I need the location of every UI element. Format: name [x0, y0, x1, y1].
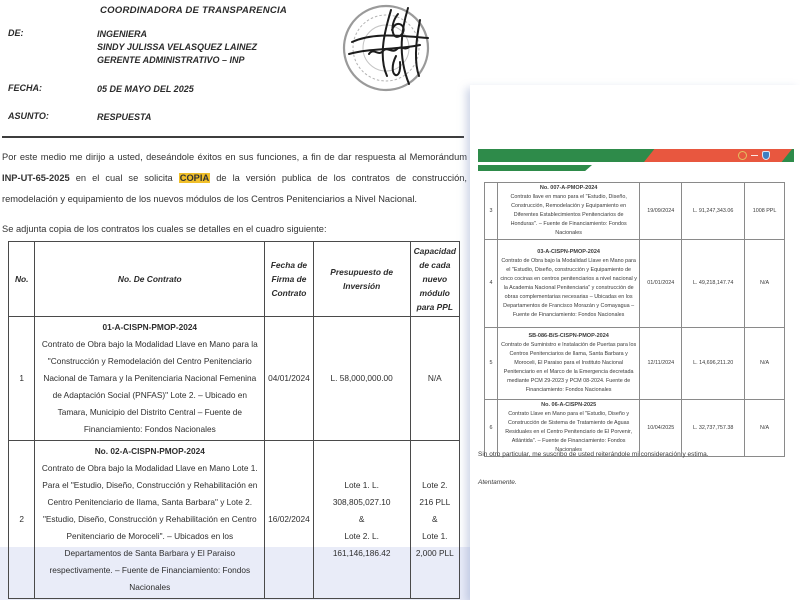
budget-cell: L. 32,737,757.38 — [682, 400, 745, 457]
contract-cell: 03-A-CISPN-PMOP-2024 Contrato de Obra ba… — [497, 240, 639, 328]
row-number: 6 — [485, 400, 498, 457]
col-header-contrato: No. De Contrato — [35, 242, 265, 317]
contract-cell: No. 007-A-PMOP-2024 Contrato llave en ma… — [497, 183, 639, 240]
contracts-table-page1: No. No. De Contrato Fecha de Firma de Co… — [8, 241, 460, 599]
capacity-cell: 1008 PPL — [745, 183, 785, 240]
contract-description: Contrato de Obra bajo la Modalidad Llave… — [500, 258, 637, 318]
budget-cell: Lote 1. L. 308,805,027.10 & Lote 2. L. 1… — [313, 441, 410, 599]
contract-number: No. 02-A-CISPN-PMOP-2024 — [38, 443, 261, 460]
contract-cell: No. 06-A-CISPN-2025 Contrato Llave en Ma… — [497, 400, 639, 457]
attachment-line: Se adjunta copia de los contratos los cu… — [2, 224, 327, 234]
paragraph-text: Por este medio me dirijo a usted, deseán… — [2, 152, 467, 162]
signing-date: 01/01/2024 — [640, 240, 682, 328]
capacity-cell: N/A — [745, 400, 785, 457]
capacity-cell: Lote 2. 216 PLL & Lote 1. 2,000 PLL — [410, 441, 459, 599]
row-number: 2 — [9, 441, 35, 599]
signing-date: 19/09/2024 — [640, 183, 682, 240]
contract-number: 01-A-CISPN-PMOP-2024 — [38, 319, 261, 336]
banner-dash — [751, 155, 758, 156]
budget-line: Lote 2. L. 161,146,186.42 — [317, 528, 407, 562]
capacity-cell: N/A — [410, 317, 459, 441]
table-row: 3 No. 007-A-PMOP-2024 Contrato llave en … — [485, 183, 785, 240]
shield-icon — [762, 151, 770, 160]
banner-red-section — [644, 149, 792, 162]
closing-line: Sin otro particular, me suscribo de uste… — [478, 451, 778, 458]
from-line-2: SINDY JULISSA VELASQUEZ LAINEZ — [97, 41, 257, 54]
capacity-cell: N/A — [745, 328, 785, 400]
budget-cell: L. 14,696,211.20 — [682, 328, 745, 400]
contract-description: Contrato de Suministro e Instalación de … — [501, 342, 636, 393]
contract-cell: SB-086-B/S-CISPN-PMOP-2024 Contrato de S… — [497, 328, 639, 400]
budget-line: Lote 1. L. 308,805,027.10 — [317, 477, 407, 511]
signing-date: 10/04/2025 — [640, 400, 682, 457]
signing-date: 04/01/2024 — [265, 317, 314, 441]
contract-number: No. 06-A-CISPN-2025 — [500, 401, 637, 410]
table-row: 5 SB-086-B/S-CISPN-PMOP-2024 Contrato de… — [485, 328, 785, 400]
table-header-row: No. No. De Contrato Fecha de Firma de Co… — [9, 242, 460, 317]
memo-reference: INP-UT-65-2025 — [2, 173, 70, 183]
table-row: 1 01-A-CISPN-PMOP-2024 Contrato de Obra … — [9, 317, 460, 441]
paragraph-text: en el cual se solicita — [70, 173, 179, 183]
signing-date: 12/11/2024 — [640, 328, 682, 400]
contract-description: Contrato llave en mano para el "Estudio,… — [510, 194, 626, 236]
row-number: 5 — [485, 328, 498, 400]
col-header-fecha: Fecha de Firma de Contrato — [265, 242, 314, 317]
contract-description: Contrato de Obra bajo la Modalidad Llave… — [42, 339, 258, 434]
col-header-capacidad: Capacidad de cada nuevo módulo para PPL — [410, 242, 459, 317]
letter-page-1: COORDINADORA DE TRANSPARENCIA DE: INGENI… — [0, 0, 472, 547]
subject-label: ASUNTO: — [8, 111, 49, 121]
date-value: 05 DE MAYO DEL 2025 — [97, 83, 194, 96]
budget-line: & — [317, 511, 407, 528]
contract-cell: 01-A-CISPN-PMOP-2024 Contrato de Obra ba… — [35, 317, 265, 441]
letterhead-banner — [478, 149, 794, 162]
budget-cell: L. 49,218,147.74 — [682, 240, 745, 328]
capacity-line: Lote 1. — [414, 528, 456, 545]
budget-cell: L. 58,000,000.00 — [313, 317, 410, 441]
contract-number: 03-A-CISPN-PMOP-2024 — [500, 248, 637, 257]
letter-page-2: 3 No. 007-A-PMOP-2024 Contrato llave en … — [470, 85, 800, 600]
row-number: 3 — [485, 183, 498, 240]
contract-number: SB-086-B/S-CISPN-PMOP-2024 — [500, 332, 637, 341]
capacity-line: 216 PLL — [414, 494, 456, 511]
subject-value: RESPUESTA — [97, 111, 151, 124]
body-paragraph: Por este medio me dirijo a usted, deseán… — [2, 147, 467, 210]
seal-icon — [738, 151, 747, 160]
contract-description: Contrato de Obra bajo la Modalidad Llave… — [42, 463, 258, 592]
contract-number: No. 007-A-PMOP-2024 — [500, 184, 637, 193]
stamp-and-signature — [336, 4, 436, 92]
from-label: DE: — [8, 28, 24, 38]
contract-description: Contrato Llave en Mano para el "Estudio,… — [505, 411, 632, 453]
capacity-cell: N/A — [745, 240, 785, 328]
from-line-1: INGENIERA — [97, 28, 257, 41]
letterhead-divider — [2, 136, 464, 138]
row-number: 1 — [9, 317, 35, 441]
contracts-table-page2: 3 No. 007-A-PMOP-2024 Contrato llave en … — [484, 182, 785, 457]
highlighted-word: COPIA — [179, 173, 210, 183]
signing-date: 16/02/2024 — [265, 441, 314, 599]
from-value: INGENIERA SINDY JULISSA VELASQUEZ LAINEZ… — [97, 28, 257, 67]
banner-thin-stripe — [478, 165, 592, 171]
signoff: Atentamente. — [478, 479, 517, 486]
contract-cell: No. 02-A-CISPN-PMOP-2024 Contrato de Obr… — [35, 441, 265, 599]
row-number: 4 — [485, 240, 498, 328]
col-header-no: No. — [9, 242, 35, 317]
letterhead-title: COORDINADORA DE TRANSPARENCIA — [100, 5, 287, 16]
table-row: 6 No. 06-A-CISPN-2025 Contrato Llave en … — [485, 400, 785, 457]
from-line-3: GERENTE ADMINISTRATIVO – INP — [97, 54, 257, 67]
capacity-line: & — [414, 511, 456, 528]
capacity-line: 2,000 PLL — [414, 545, 456, 562]
date-label: FECHA: — [8, 83, 42, 93]
col-header-presupuesto: Presupuesto de Inversión — [313, 242, 410, 317]
table-row: 4 03-A-CISPN-PMOP-2024 Contrato de Obra … — [485, 240, 785, 328]
capacity-line: Lote 2. — [414, 477, 456, 494]
table-row: 2 No. 02-A-CISPN-PMOP-2024 Contrato de O… — [9, 441, 460, 599]
budget-cell: L. 91,247,343.06 — [682, 183, 745, 240]
